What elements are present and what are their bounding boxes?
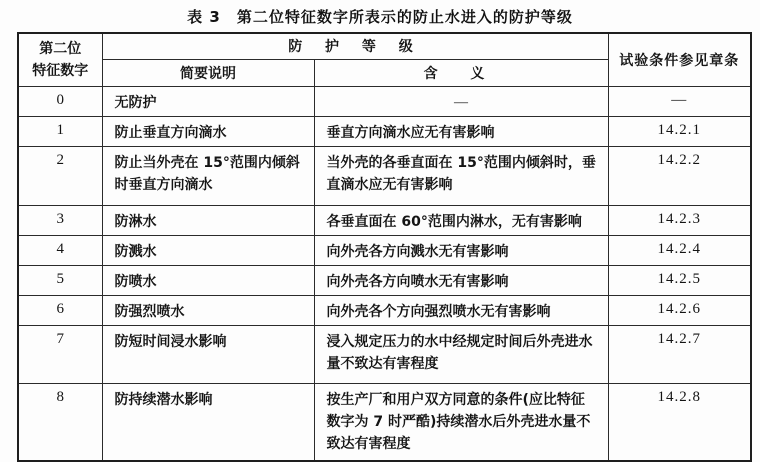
clause-cell: 14.2.8 <box>608 383 751 461</box>
clause-cell: 14.2.2 <box>608 146 751 205</box>
clause-cell: 14.2.5 <box>608 265 751 295</box>
brief-cell: 防喷水 <box>102 265 314 295</box>
header-row-1: 第二位 特征数字 防 护 等 级 试验条件参见章条 <box>18 33 751 59</box>
table-row: 3 防淋水 各垂直面在 60°范围内淋水，无有害影响 14.2.3 <box>18 205 751 235</box>
table-row: 6 防强烈喷水 向外壳各个方向强烈喷水无有害影响 14.2.6 <box>18 295 751 325</box>
numeral-cell: 4 <box>18 235 102 265</box>
brief-cell: 防持续潜水影响 <box>102 383 314 461</box>
protection-table: 第二位 特征数字 防 护 等 级 试验条件参见章条 简要说明 含 义 0 无防护… <box>17 32 752 462</box>
table-title: 表 3 第二位特征数字所表示的防止水进入的防护等级 <box>0 6 760 27</box>
clause-cell: 14.2.3 <box>608 205 751 235</box>
table-row: 5 防喷水 向外壳各方向喷水无有害影响 14.2.5 <box>18 265 751 295</box>
table-row: 7 防短时间浸水影响 浸入规定压力的水中经规定时间后外壳进水量不致达有害程度 1… <box>18 325 751 383</box>
meaning-cell: 按生产厂和用户双方同意的条件(应比特征数字为 7 时严酷)持续潜水后外壳进水量不… <box>314 383 608 461</box>
clause-cell: 14.2.6 <box>608 295 751 325</box>
numeral-cell: 6 <box>18 295 102 325</box>
clause-cell: 14.2.7 <box>608 325 751 383</box>
header-brief-cell: 简要说明 <box>102 59 314 86</box>
clause-cell: 14.2.4 <box>608 235 751 265</box>
meaning-cell: 当外壳的各垂直面在 15°范围内倾斜时，垂直滴水应无有害影响 <box>314 146 608 205</box>
header-meaning-cell: 含 义 <box>314 59 608 86</box>
numeral-cell: 3 <box>18 205 102 235</box>
numeral-cell: 5 <box>18 265 102 295</box>
meaning-cell: 各垂直面在 60°范围内淋水，无有害影响 <box>314 205 608 235</box>
table-row: 0 无防护 — — <box>18 86 751 116</box>
document-page: 表 3 第二位特征数字所表示的防止水进入的防护等级 第二位 特征数字 防 护 等… <box>0 0 760 462</box>
clause-cell: — <box>608 86 751 116</box>
brief-cell: 无防护 <box>102 86 314 116</box>
numeral-cell: 1 <box>18 116 102 146</box>
numeral-cell: 0 <box>18 86 102 116</box>
brief-cell: 防淋水 <box>102 205 314 235</box>
clause-cell: 14.2.1 <box>608 116 751 146</box>
table-row: 4 防溅水 向外壳各方向溅水无有害影响 14.2.4 <box>18 235 751 265</box>
meaning-cell: 垂直方向滴水应无有害影响 <box>314 116 608 146</box>
table-row: 8 防持续潜水影响 按生产厂和用户双方同意的条件(应比特征数字为 7 时严酷)持… <box>18 383 751 461</box>
brief-cell: 防止当外壳在 15°范围内倾斜时垂直方向滴水 <box>102 146 314 205</box>
brief-cell: 防短时间浸水影响 <box>102 325 314 383</box>
meaning-cell: 向外壳各方向喷水无有害影响 <box>314 265 608 295</box>
meaning-cell: 向外壳各方向溅水无有害影响 <box>314 235 608 265</box>
meaning-cell: — <box>314 86 608 116</box>
meaning-cell: 浸入规定压力的水中经规定时间后外壳进水量不致达有害程度 <box>314 325 608 383</box>
header-numeral-cell: 第二位 特征数字 <box>18 33 102 86</box>
numeral-cell: 8 <box>18 383 102 461</box>
brief-cell: 防溅水 <box>102 235 314 265</box>
table-row: 2 防止当外壳在 15°范围内倾斜时垂直方向滴水 当外壳的各垂直面在 15°范围… <box>18 146 751 205</box>
numeral-cell: 2 <box>18 146 102 205</box>
table-row: 1 防止垂直方向滴水 垂直方向滴水应无有害影响 14.2.1 <box>18 116 751 146</box>
meaning-cell: 向外壳各个方向强烈喷水无有害影响 <box>314 295 608 325</box>
brief-cell: 防止垂直方向滴水 <box>102 116 314 146</box>
header-protection-cell: 防 护 等 级 <box>102 33 608 59</box>
brief-cell: 防强烈喷水 <box>102 295 314 325</box>
numeral-cell: 7 <box>18 325 102 383</box>
header-test-clause-cell: 试验条件参见章条 <box>608 33 751 86</box>
